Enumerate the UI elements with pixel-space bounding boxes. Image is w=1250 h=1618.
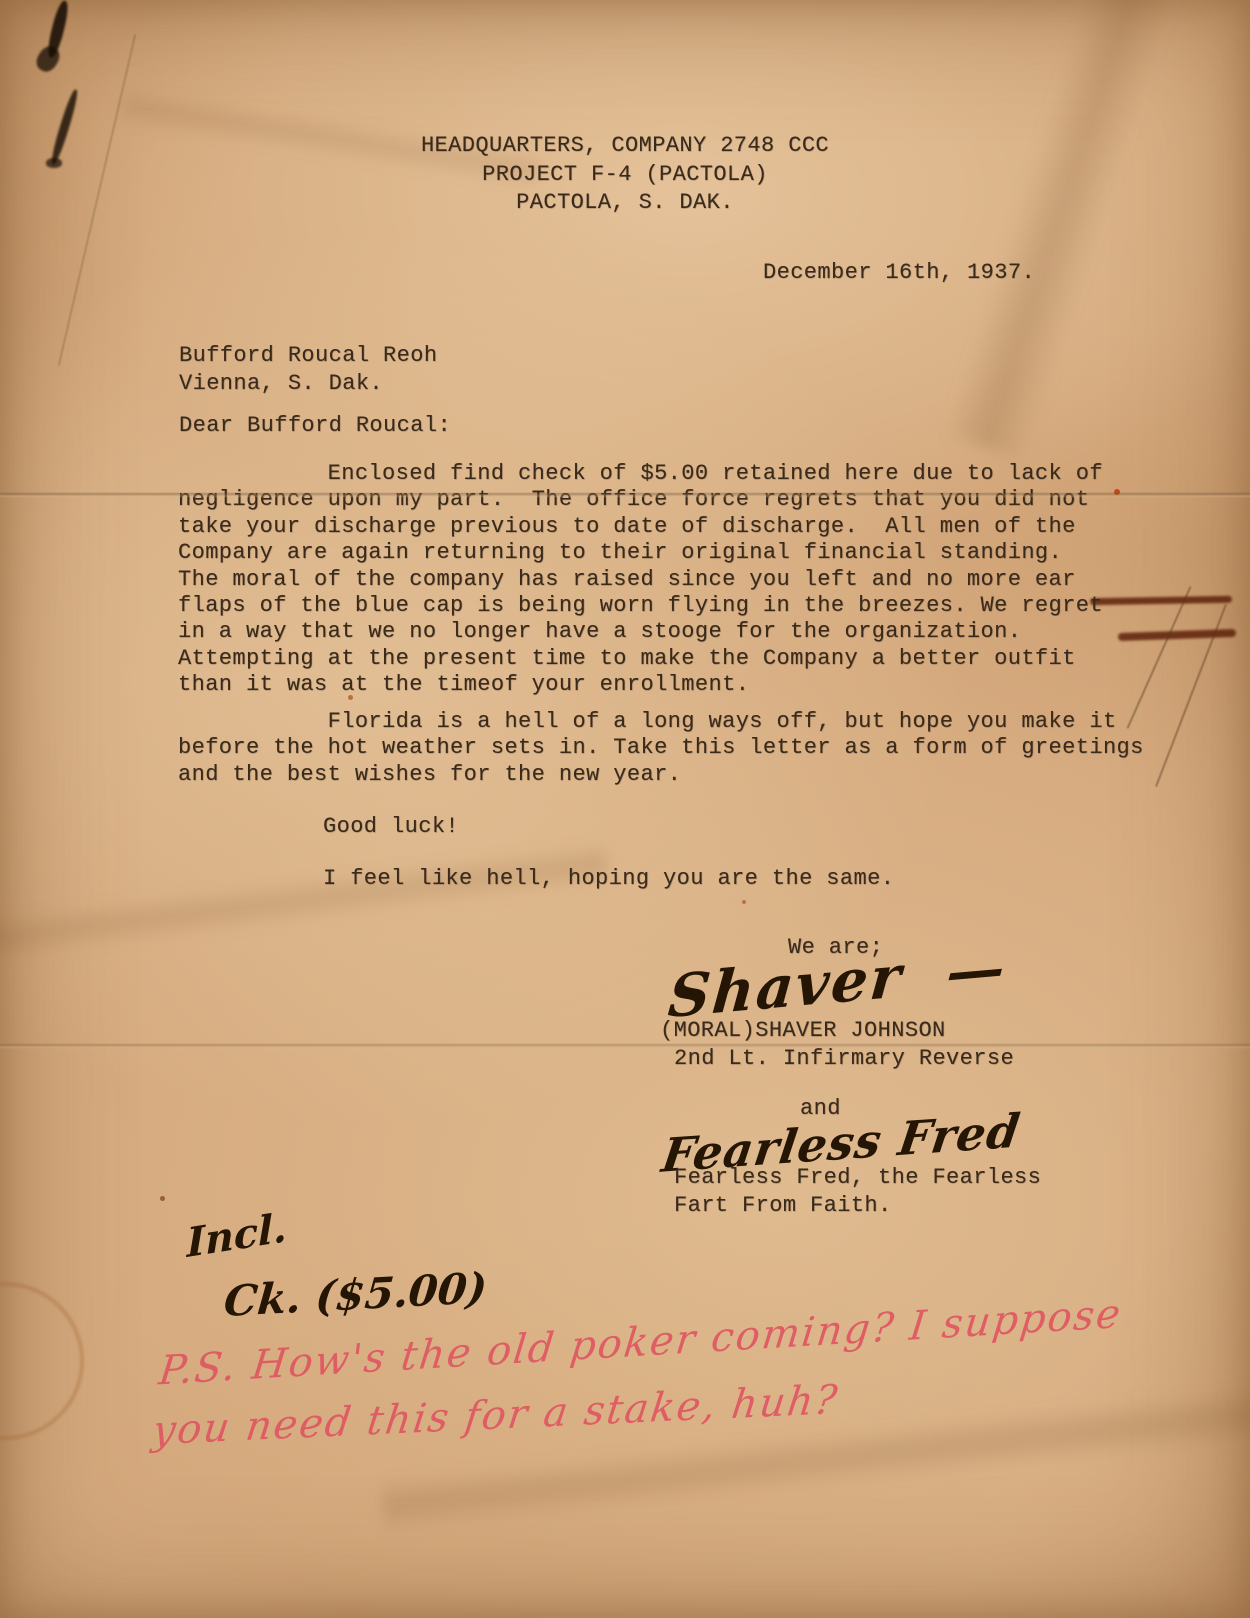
signature-shaver-typed-name: (MORAL)SHAVER JOHNSON [660,1018,946,1044]
enclosure-note: Incl. [186,1204,287,1267]
fold-crease [0,493,1250,497]
signature-fred-title: Fart From Faith. [674,1193,892,1219]
cup-ring-stain [0,1282,84,1440]
signature-shaver: Shaver — [666,933,1010,1031]
signature-fred-typed-name: Fearless Fred, the Fearless [674,1165,1041,1191]
check-note: Ck. ($5.00) [222,1263,489,1326]
wrinkle-shade [942,0,1188,461]
letterhead: HEADQUARTERS, COMPANY 2748 CCC PROJECT F… [0,132,1250,218]
signature-shaver-title: 2nd Lt. Infirmary Reverse [674,1046,1014,1072]
fold-crease [0,1044,1250,1048]
speck [160,1196,165,1201]
letter-scan: HEADQUARTERS, COMPANY 2748 CCC PROJECT F… [0,0,1250,1618]
scratch-mark [1127,586,1192,728]
good-luck-line: Good luck! [323,814,459,840]
feel-line: I feel like hell, hoping you are the sam… [323,866,894,892]
wrinkle-shade [0,841,610,963]
body-paragraph-2: Florida is a hell of a long ways off, bu… [178,709,1144,788]
stain-streak [1118,629,1236,641]
stain-streak [1090,596,1232,605]
ink-smudge [33,43,64,76]
salutation: Dear Bufford Roucal: [179,413,451,439]
recipient-address: Bufford Roucal Reoh Vienna, S. Dak. [179,342,437,398]
date-line: December 16th, 1937. [763,260,1035,286]
speck [742,900,746,904]
